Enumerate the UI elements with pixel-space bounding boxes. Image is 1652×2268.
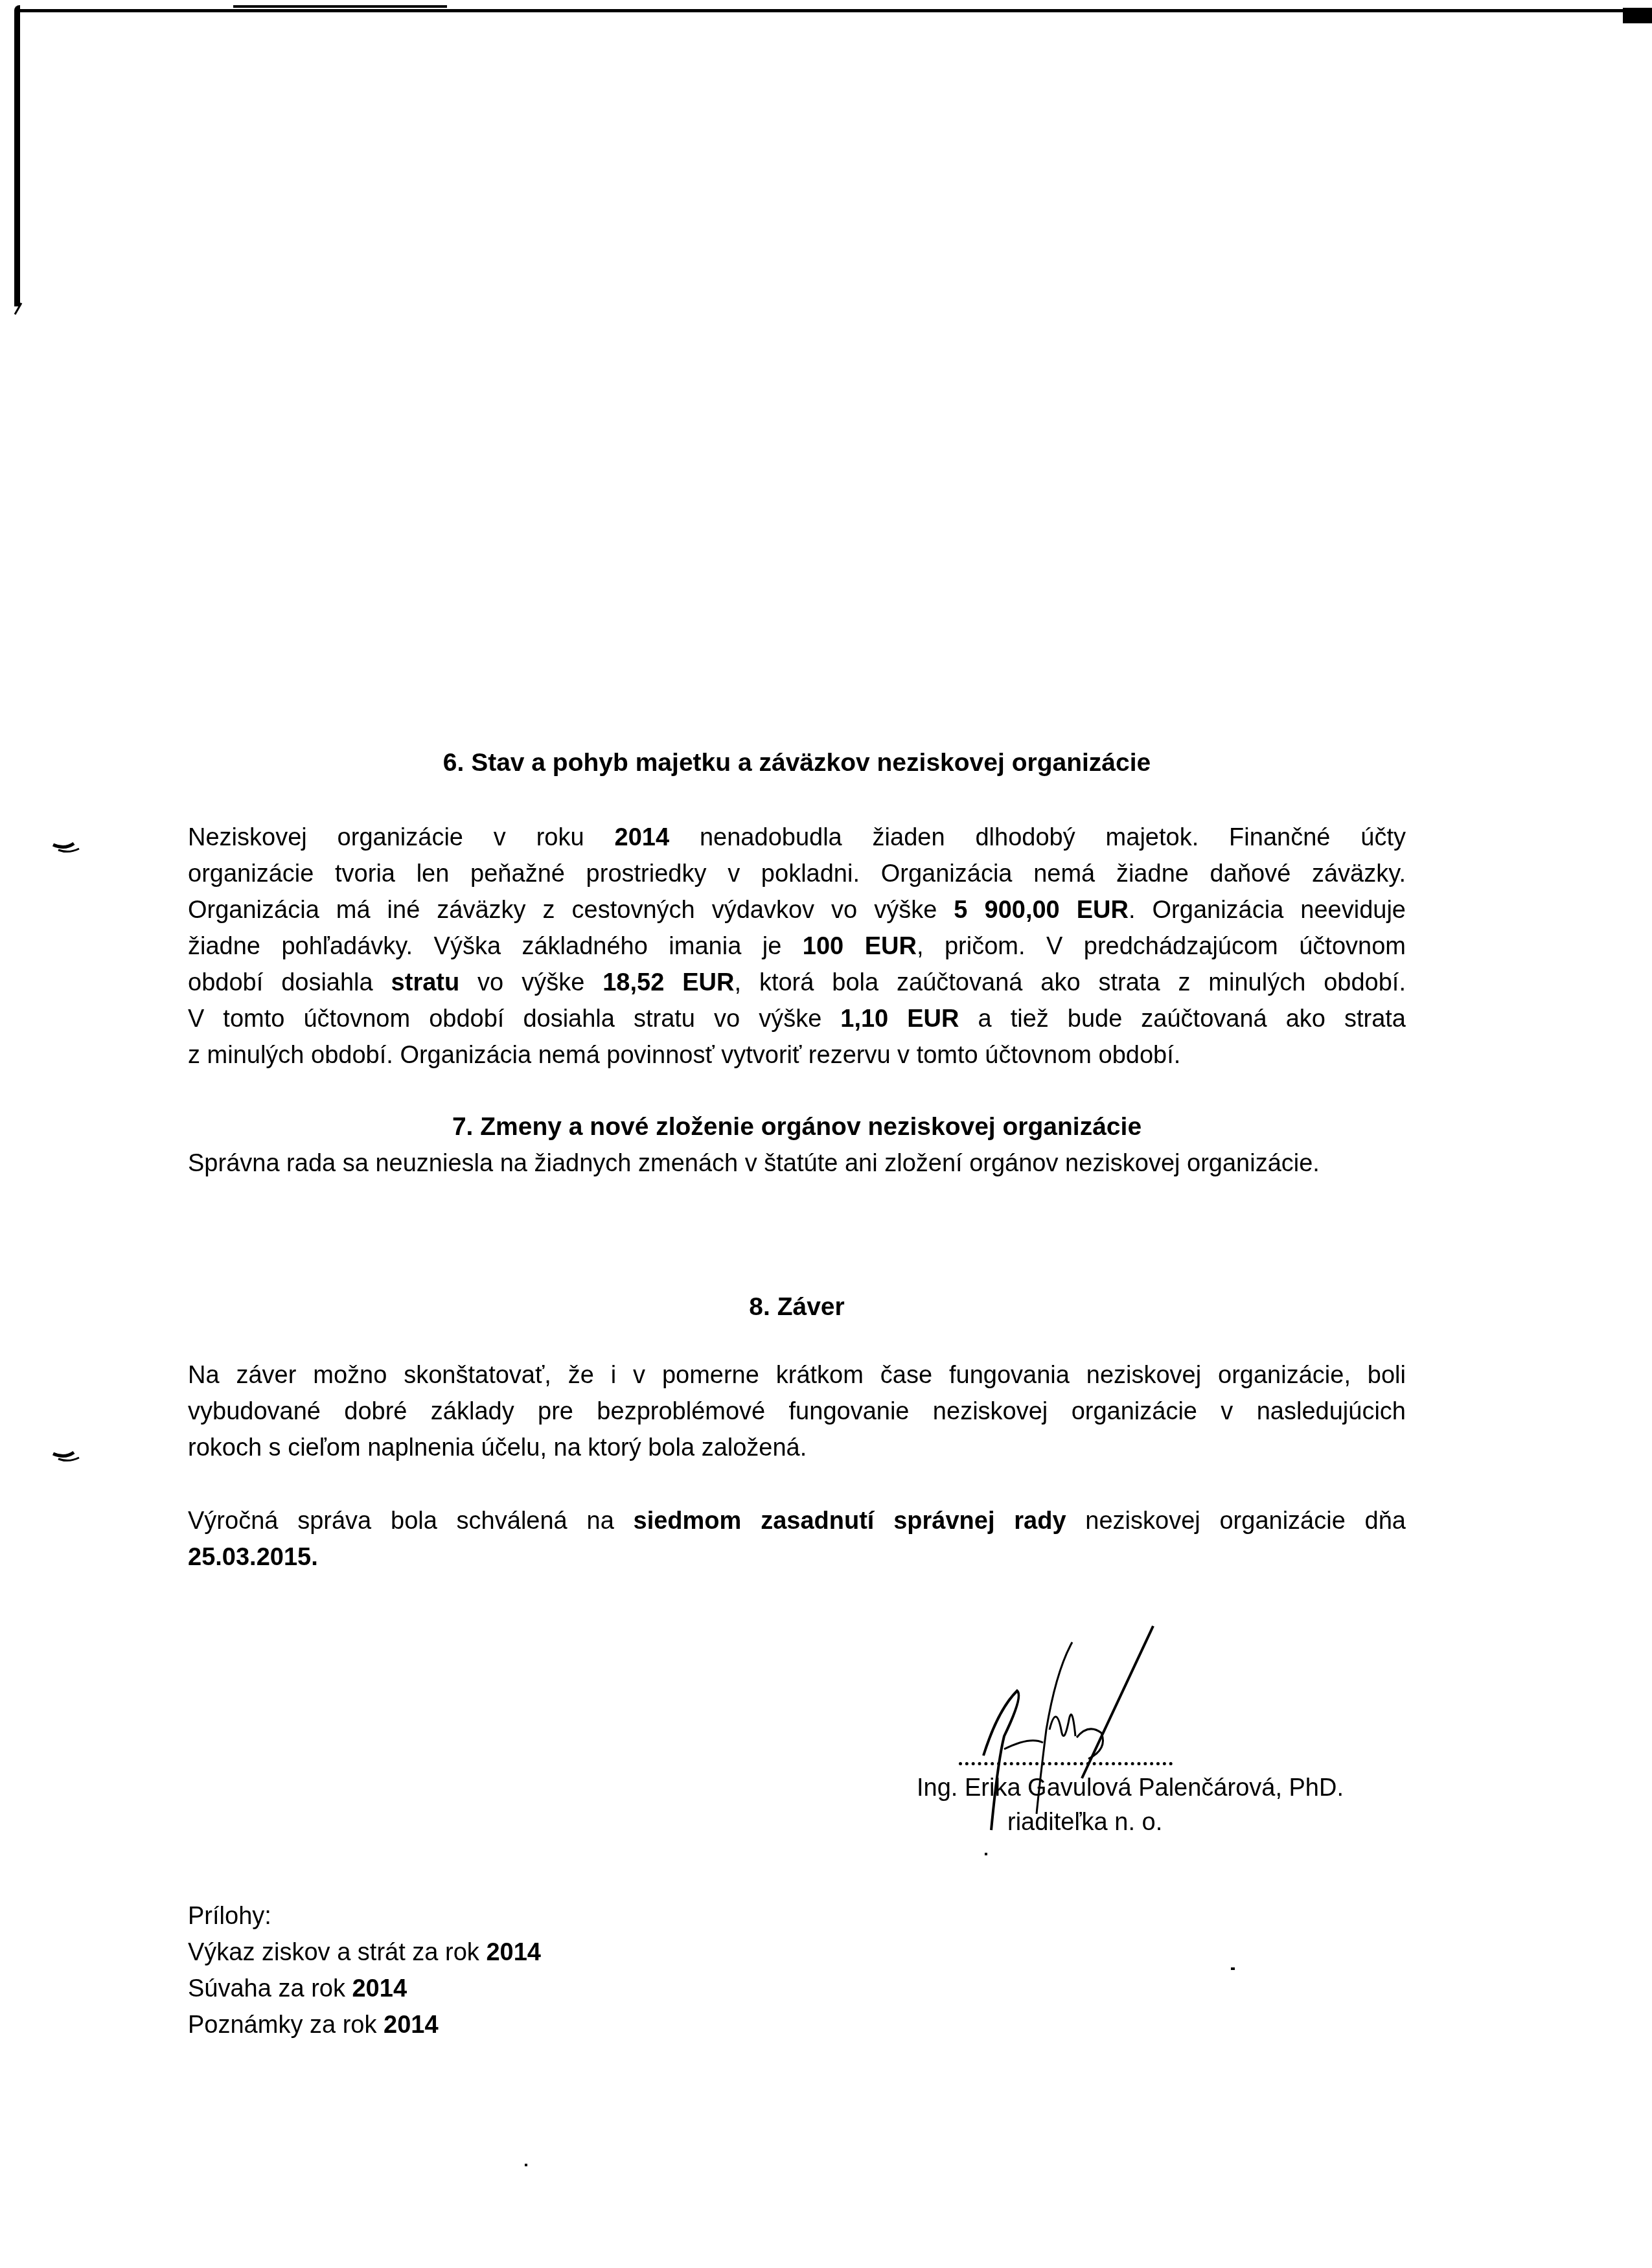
section-7-heading: 7. Zmeny a nové zloženie orgánov nezisko… [188, 1109, 1406, 1145]
text-line: V tomto účtovnom období dosiahla stratu … [188, 1001, 1406, 1037]
section-6-paragraph: Neziskovej organizácie v roku 2014 nenad… [188, 819, 1406, 1073]
text-line: vybudované dobré základy pre bezproblémo… [188, 1393, 1406, 1430]
attachment-item: Výkaz ziskov a strát za rok 2014 [188, 1934, 541, 1971]
section-8-paragraph: Na záver možno skonštatovať, že i v pome… [188, 1357, 1406, 1466]
text-line: organizácie tvoria len peňažné prostried… [188, 856, 1406, 892]
section-6-heading: 6. Stav a pohyb majetku a záväzkov nezis… [188, 745, 1406, 781]
attachments-title: Prílohy: [188, 1898, 541, 1934]
signature-block: Ing. Erika Gavulová Palenčárová, PhD. ri… [894, 1600, 1399, 1872]
text-line: žiadne pohľadávky. Výška základného iman… [188, 928, 1406, 965]
approval-paragraph: Výročná správa bola schválená na siedmom… [188, 1503, 1406, 1575]
text-line: období dosiahla stratu vo výške 18,52 EU… [188, 965, 1406, 1001]
signature-line [959, 1762, 1173, 1765]
text-line: z minulých období. Organizácia nemá povi… [188, 1037, 1406, 1073]
text-line: 25.03.2015. [188, 1539, 1406, 1575]
signatory-name: Ing. Erika Gavulová Palenčárová, PhD. [917, 1772, 1344, 1804]
section-7-paragraph: Správna rada sa neuzniesla na žiadnych z… [188, 1145, 1406, 1182]
text-line: Správna rada sa neuzniesla na žiadnych z… [188, 1145, 1406, 1182]
scan-speck [525, 2164, 527, 2166]
text-line: Neziskovej organizácie v roku 2014 nenad… [188, 819, 1406, 856]
signatory-role: riaditeľka n. o. [1007, 1806, 1162, 1838]
scan-border-left [14, 5, 20, 306]
attachments-list: Prílohy: Výkaz ziskov a strát za rok 201… [188, 1898, 541, 2043]
scan-corner-mark [1623, 8, 1652, 23]
scan-border-top [19, 9, 1626, 12]
scan-border-top-fragment [233, 5, 447, 8]
text-line: Na záver možno skonštatovať, že i v pome… [188, 1357, 1406, 1393]
section-8-heading: 8. Záver [188, 1289, 1406, 1325]
scan-speck [985, 1853, 987, 1855]
text-line: rokoch s cieľom naplnenia účelu, na ktor… [188, 1430, 1406, 1466]
text-line: Organizácia má iné záväzky z cestovných … [188, 892, 1406, 928]
attachment-item: Súvaha za rok 2014 [188, 1971, 541, 2007]
scan-speck [1231, 1967, 1235, 1970]
attachment-item: Poznámky za rok 2014 [188, 2007, 541, 2043]
text-line: Výročná správa bola schválená na siedmom… [188, 1503, 1406, 1539]
margin-tick-mark [52, 842, 82, 854]
margin-tick-mark [52, 1451, 82, 1463]
